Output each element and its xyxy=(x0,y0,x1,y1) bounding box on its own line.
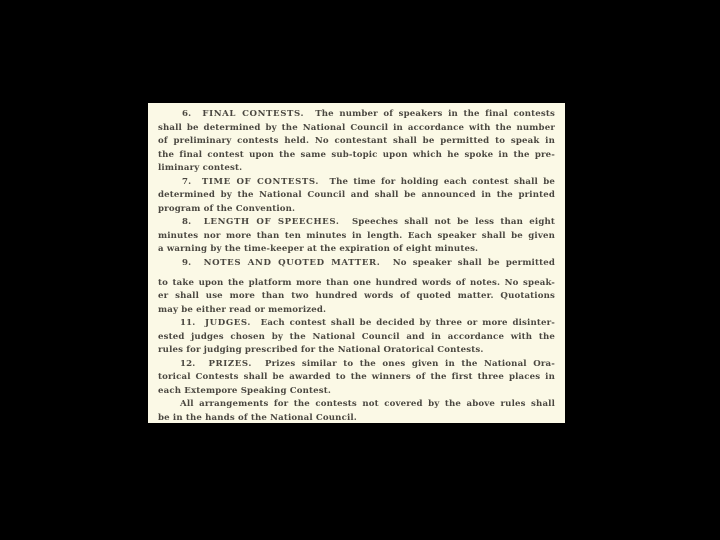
rule-final-contests: 6. FINAL CONTESTS. The number of speaker… xyxy=(158,108,555,176)
rule-text: ested judges chosen by the National Coun… xyxy=(158,331,555,345)
rule-text: of preliminary contests held. No contest… xyxy=(158,135,555,149)
rule-number: 6. xyxy=(182,109,191,119)
rule-text: No speaker shall be permitted xyxy=(393,258,555,268)
rule-heading: PRIZES. xyxy=(208,359,252,369)
rule-text: shall be determined by the National Coun… xyxy=(158,122,555,136)
rule-number: 9. xyxy=(182,258,191,268)
rule-notes-continued: to take upon the platform more than one … xyxy=(158,277,555,318)
rule-text: may be either read or memorized. xyxy=(158,304,555,318)
viewer-stage: 6. FINAL CONTESTS. The number of speaker… xyxy=(0,0,720,540)
rule-notes-and-quoted-matter: 9. NOTES AND QUOTED MATTER. No speaker s… xyxy=(158,257,555,271)
rule-heading: LENGTH OF SPEECHES. xyxy=(204,217,340,227)
rule-text: each Extempore Speaking Contest. xyxy=(158,385,555,399)
rule-text: torical Contests shall be awarded to the… xyxy=(158,371,555,385)
rule-text: Speeches shall not be less than eight xyxy=(352,217,555,227)
rule-heading: JUDGES. xyxy=(205,318,251,328)
rule-text: All arrangements for the contests not co… xyxy=(158,398,555,412)
rule-number: 7. xyxy=(182,177,191,187)
rule-judges: 11. JUDGES. Each contest shall be decide… xyxy=(158,317,555,358)
rule-text: The time for holding each contest shall … xyxy=(330,177,555,187)
rule-text: rules for judging prescribed for the Nat… xyxy=(158,344,555,358)
document-page: 6. FINAL CONTESTS. The number of speaker… xyxy=(148,103,565,423)
rule-text: liminary contest. xyxy=(158,162,555,176)
rule-text: the final contest upon the same sub-topi… xyxy=(158,149,555,163)
rule-text: minutes nor more than ten minutes in len… xyxy=(158,230,555,244)
rule-heading: TIME OF CONTESTS. xyxy=(202,177,319,187)
rule-heading: FINAL CONTESTS. xyxy=(202,109,304,119)
rule-number: 11. xyxy=(180,318,195,328)
rule-text: determined by the National Council and s… xyxy=(158,189,555,203)
rule-number: 12. xyxy=(180,359,195,369)
rule-text: Prizes similar to the ones given in the … xyxy=(265,359,555,369)
closing-paragraph: All arrangements for the contests not co… xyxy=(158,398,555,425)
rule-time-of-contests: 7. TIME OF CONTESTS. The time for holdin… xyxy=(158,176,555,217)
rule-text: to take upon the platform more than one … xyxy=(158,277,555,291)
rule-text: The number of speakers in the final cont… xyxy=(315,109,555,119)
rule-heading: NOTES AND QUOTED MATTER. xyxy=(204,258,381,268)
rule-number: 8. xyxy=(182,217,191,227)
rule-text: Each contest shall be decided by three o… xyxy=(261,318,555,328)
rule-prizes: 12. PRIZES. Prizes similar to the ones g… xyxy=(158,358,555,399)
rule-text: a warning by the time-keeper at the expi… xyxy=(158,243,555,257)
rule-length-of-speeches: 8. LENGTH OF SPEECHES. Speeches shall no… xyxy=(158,216,555,257)
rule-text: be in the hands of the National Council. xyxy=(158,412,555,426)
rule-text: program of the Convention. xyxy=(158,203,555,217)
rule-text: er shall use more than two hundred words… xyxy=(158,290,555,304)
